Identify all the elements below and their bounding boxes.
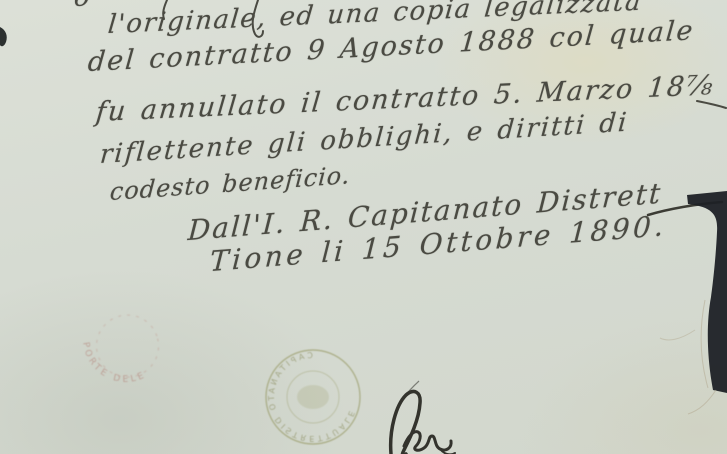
paper-tear-shadow <box>687 191 727 393</box>
signature-flourish <box>391 381 455 454</box>
pen-stroke-top-2 <box>253 0 263 37</box>
document-decorations: PORTE DELE CAPITANATO DISTRETTUALE <box>0 0 727 454</box>
document-photo: 6 l'originale, ed una copia legalizzata … <box>0 0 727 454</box>
paper-crease-3 <box>660 330 695 340</box>
paper-crease-2 <box>688 390 716 414</box>
ink-stamp-olive-smudge <box>297 385 329 409</box>
paper-edge-speck <box>0 27 7 46</box>
ink-stamp-red: PORTE DELE <box>76 308 167 394</box>
pen-dash-after-year <box>697 101 726 108</box>
pen-stroke-top-1 <box>163 0 167 19</box>
ink-stamp-red-label: PORTE DELE <box>80 329 149 394</box>
svg-text:PORTE DELE: PORTE DELE <box>80 329 149 394</box>
paper-crease-1 <box>701 300 708 388</box>
ink-stamp-olive: CAPITANATO DISTRETTUALE <box>266 350 360 444</box>
signature-letters <box>404 432 451 451</box>
